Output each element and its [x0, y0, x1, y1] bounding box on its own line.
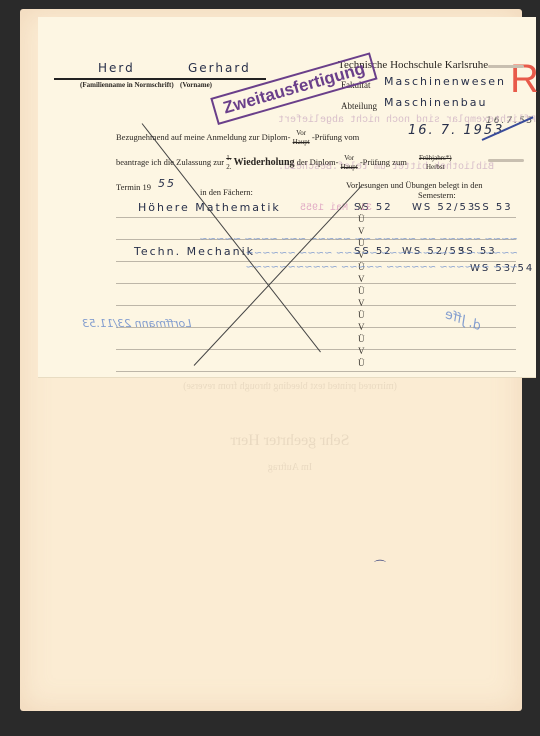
form-rule: [116, 283, 516, 284]
department-label: Abteilung: [341, 101, 377, 111]
application-form: Herd Gerhard (Familienname in Normschrif…: [38, 17, 536, 378]
vu-marker: V: [358, 321, 365, 333]
vu-marker: Ü: [358, 357, 365, 369]
vu-marker: V: [358, 201, 365, 213]
first-name-label: (Vorname): [180, 81, 212, 89]
vu-marker: V: [358, 345, 365, 357]
blue-signature-left: Lorffmann 23/11.53: [82, 317, 191, 330]
second-option: 2.: [226, 163, 231, 171]
line2-mid: der Diplom-: [297, 157, 339, 167]
subjects-label: in den Fächern:: [200, 187, 253, 197]
repetition-fraction: 1. 2.: [226, 154, 231, 172]
bleed-through-text: (mirrored printed text bleeding through …: [80, 381, 500, 473]
bleed-line: (mirrored printed text bleeding through …: [80, 381, 500, 392]
semesters-label-1: Vorlesungen und Übungen belegt in den: [346, 180, 483, 190]
wiederholung-label: Wiederholung: [234, 157, 295, 168]
vor-haupt-1: Vor Haupt: [293, 129, 310, 147]
document-page: (mirrored printed text bleeding through …: [20, 9, 522, 711]
form-rule: [116, 371, 516, 372]
binding-thread: [488, 65, 524, 68]
blue-signature-right: d. Jffe: [443, 307, 484, 334]
first-option: 1.: [226, 154, 231, 162]
form-rule: [116, 349, 516, 350]
family-name: Herd: [98, 61, 135, 75]
season-choice: Frühjahrs*) Herbst: [419, 154, 452, 172]
vor-option: Vor: [344, 154, 354, 162]
haupt-option: Haupt: [293, 138, 310, 146]
line1-prefix: Bezugnehmend auf meine Anmeldung zur Dip…: [116, 132, 290, 142]
vu-marker: Ü: [358, 333, 365, 345]
haupt-option: Haupt: [341, 163, 358, 171]
name-underline: [54, 78, 266, 80]
bleed-line: Im Auftrag: [80, 462, 500, 473]
faculty-value: Maschinenwesen: [384, 75, 506, 88]
vor-haupt-2: Vor Haupt: [341, 154, 358, 172]
vu-marker: Ü: [358, 285, 365, 297]
form-rule: [116, 217, 516, 218]
department-value: Maschinenbau: [384, 96, 487, 109]
spring-option: Frühjahrs*): [419, 154, 452, 162]
lecture-exercise-markers: V Ü V Ü V Ü V Ü V Ü V Ü V Ü: [358, 201, 365, 369]
vu-marker: Ü: [358, 213, 365, 225]
termin-year: 55: [158, 177, 176, 190]
subject-1-name: Höhere Mathematik: [138, 201, 281, 214]
form-rule: [116, 305, 516, 306]
first-name: Gerhard: [188, 61, 251, 75]
bleed-line: Sehr geehrter Herr: [80, 432, 500, 450]
binding-thread: [488, 159, 524, 162]
vu-marker: V: [358, 297, 365, 309]
line1-suffix: -Prüfung vom: [312, 132, 359, 142]
subject-1-semester-3: SS 53: [474, 202, 513, 213]
vor-option: Vor: [296, 129, 306, 137]
subject-1-semester-2: WS 52/53: [412, 202, 476, 213]
family-name-label: (Familienname in Normschrift): [80, 81, 174, 89]
semesters-label-2: Semestern:: [418, 190, 456, 200]
autumn-option: Herbst: [426, 163, 445, 171]
pen-mark: ⌒: [374, 557, 386, 574]
mirrored-blue-note: ~~~~ ~~~~~ ~~ ~~~~~ ~~ ~~~~~ ~~~ ~~~~ ~~…: [68, 233, 518, 275]
corner-mark: R: [510, 57, 539, 102]
termin-label: Termin 19: [116, 182, 151, 192]
line2-suffix: -Prüfung zum: [360, 157, 407, 167]
vu-marker: Ü: [358, 309, 365, 321]
